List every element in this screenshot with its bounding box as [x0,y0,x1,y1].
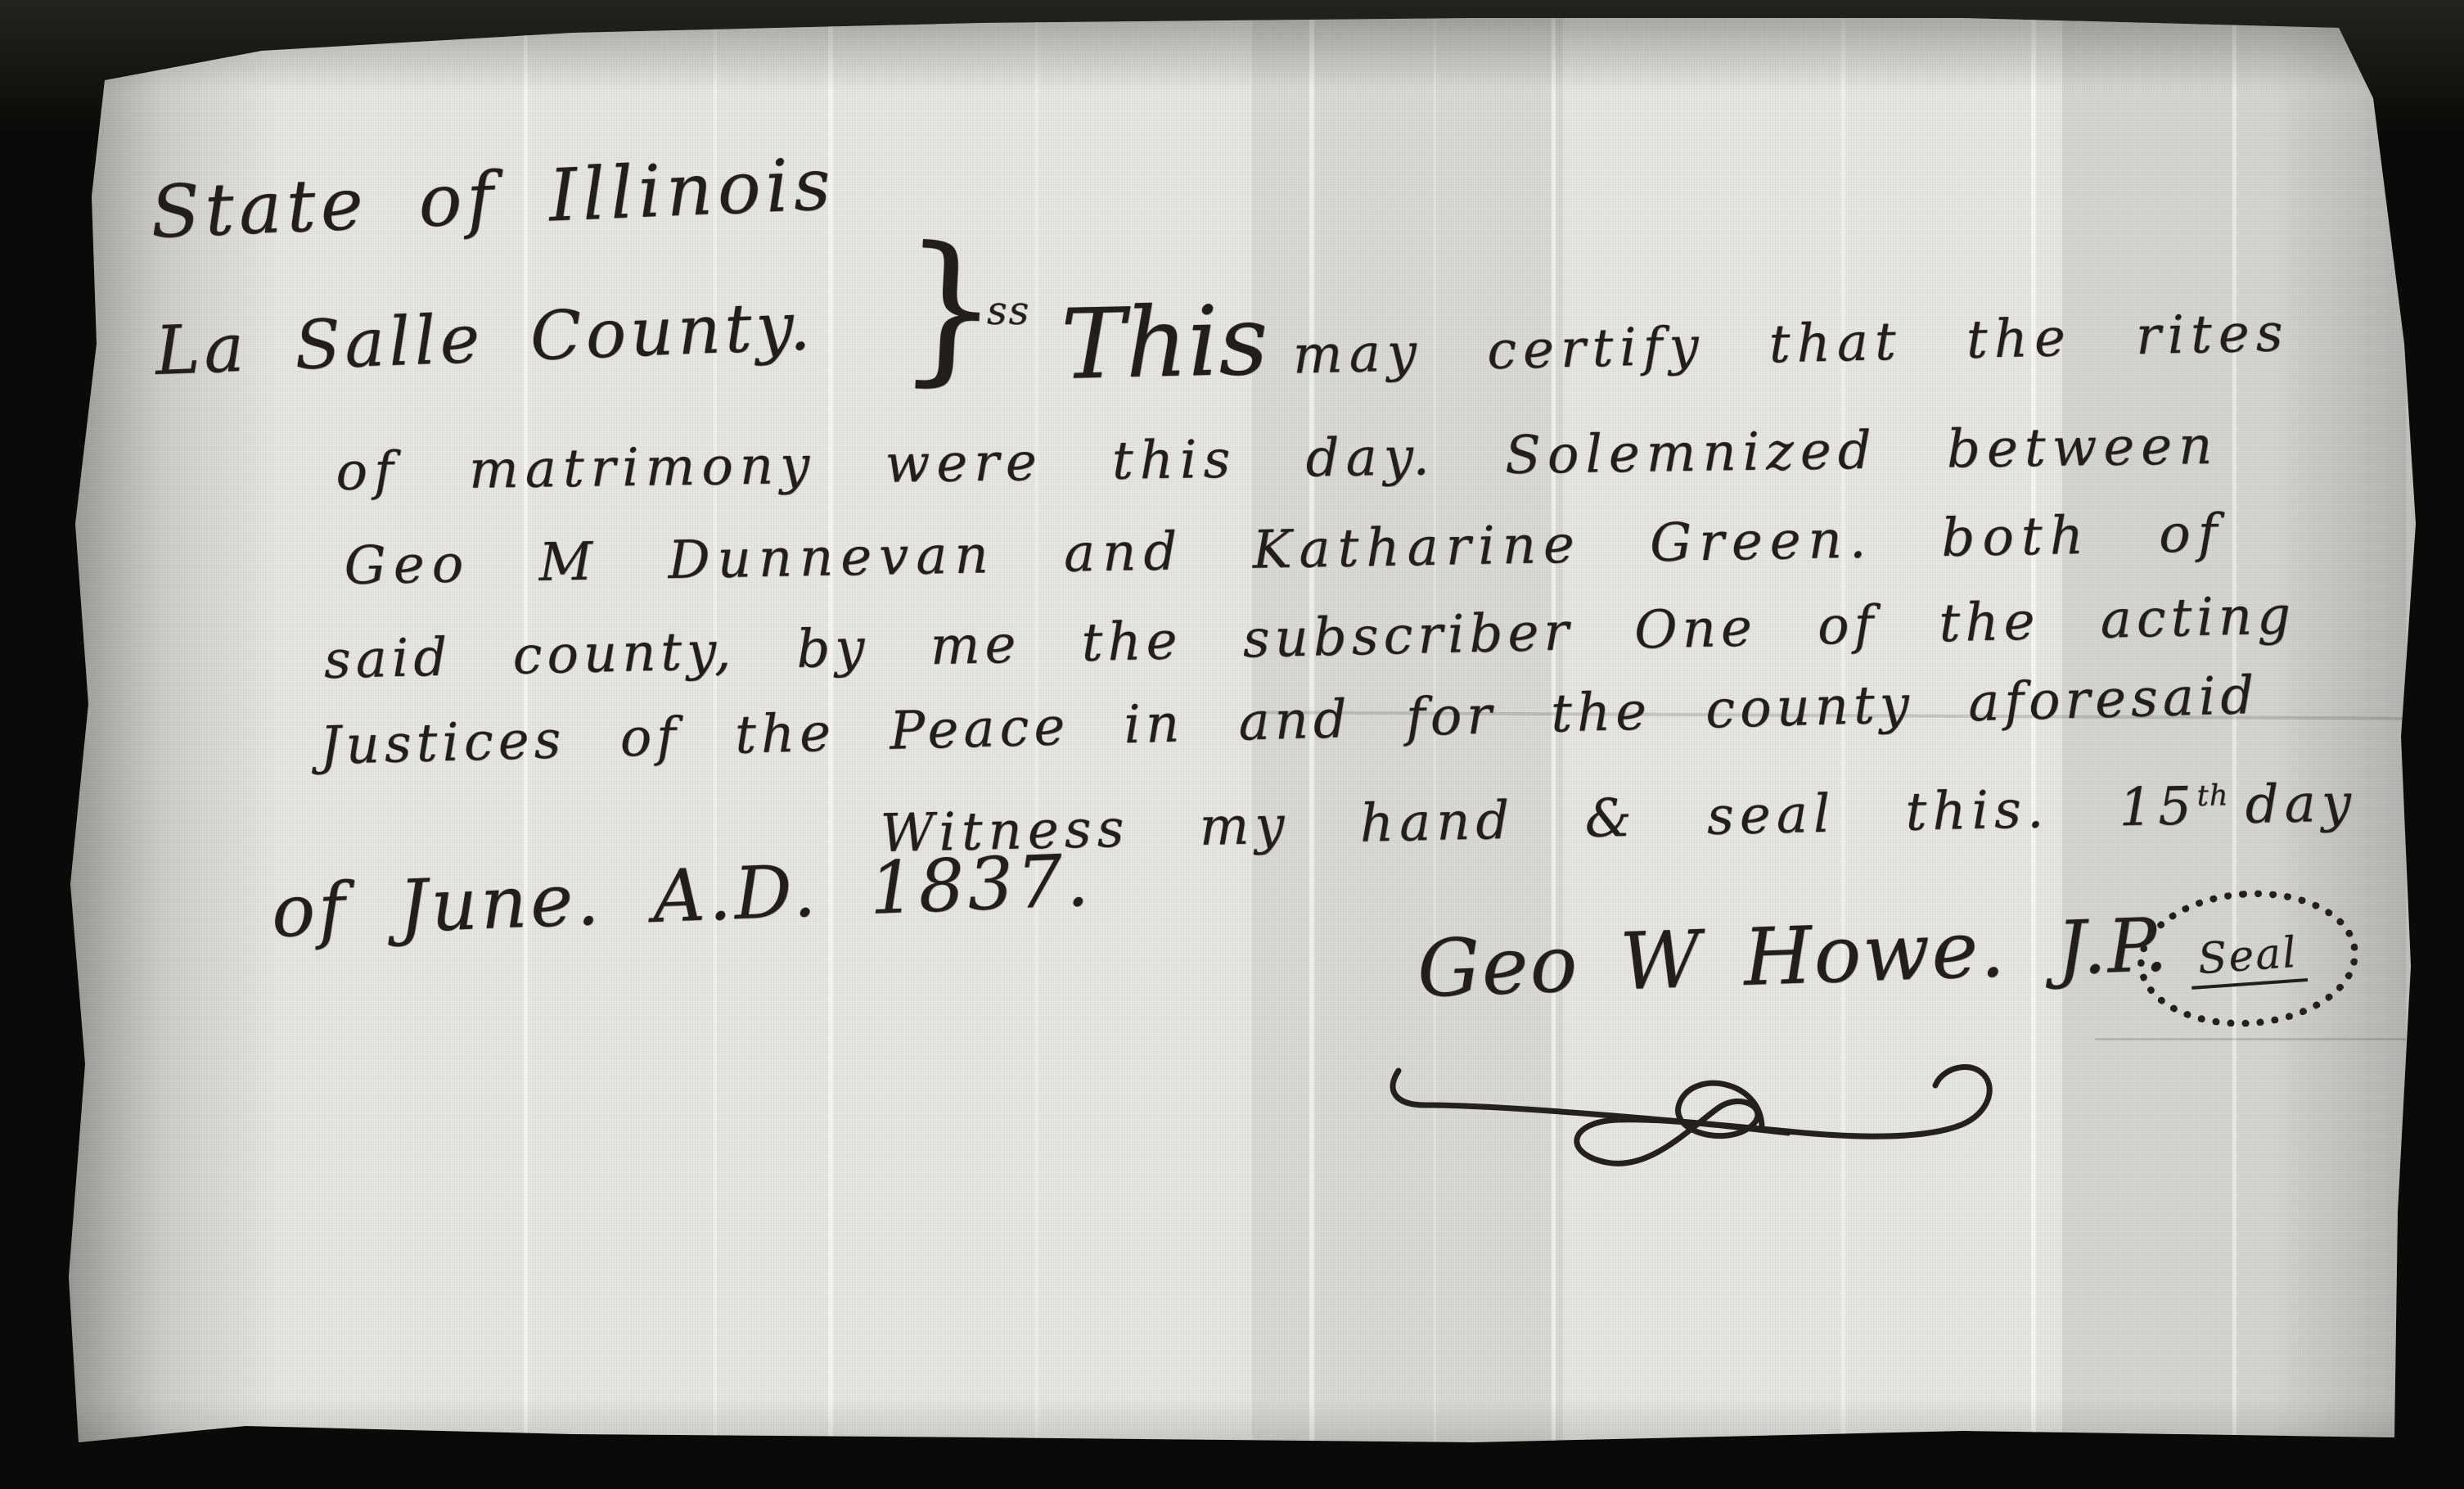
scanned-marriage-certificate: State of Illinois La Salle County. } ss … [0,0,2464,1489]
signature-flourish [1379,1033,2001,1180]
body-certify-rest: may certify that the rites [1292,303,2290,386]
scan-streak [2232,0,2237,1489]
scan-streak [2031,0,2036,1489]
scan-streak [1841,0,1845,1489]
torn-edge-shadow-top [82,16,2373,90]
venue-ss-mark: ss [987,288,1030,334]
torn-edge-shadow-right [2268,25,2431,1449]
body-certify-lead: This [1060,283,1269,401]
ordinal-superscript: th [2196,778,2229,813]
certificate-paper: State of Illinois La Salle County. } ss … [0,0,2464,1489]
witness-text-end: day [2245,773,2358,836]
torn-edge-shadow-bottom [74,1399,2406,1456]
seal-label: Seal [2188,927,2308,990]
